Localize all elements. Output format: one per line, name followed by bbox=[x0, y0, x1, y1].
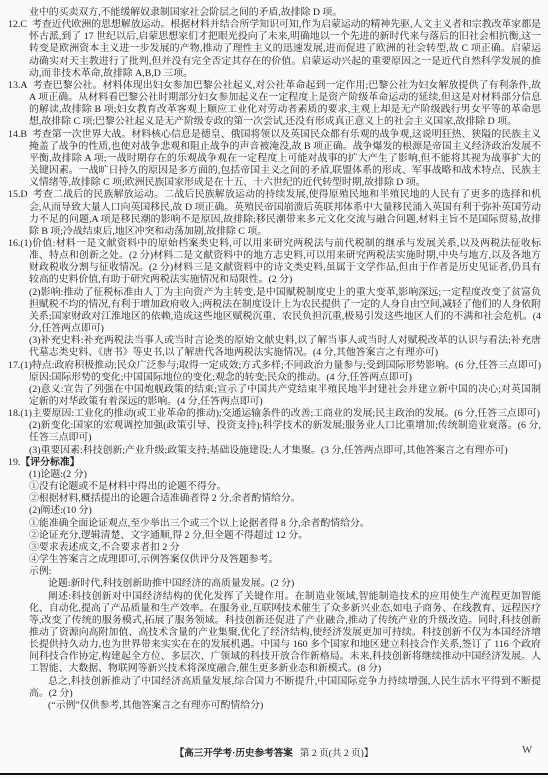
answer-19-criterion-2d: ④学生答案言之成理即可,示例答案仅供评分及答题参考。 bbox=[29, 554, 541, 566]
page-bottom-rule bbox=[0, 773, 548, 775]
answer-18-part3: (3)重要因素:科技创新;产业升级;政策支持;基础设施建设;人才集聚。(3 分,… bbox=[29, 445, 541, 457]
answer-12-text: 考查近代欧洲的思想解放运动。根据材料并结合所学知识可知,作为启蒙运动的精神先驱,… bbox=[29, 19, 541, 79]
answer-19-example-body: 阐述:科技创新对中国经济结构的优化发挥了关键作用。在制造业领域,智能制造技术的应… bbox=[29, 591, 541, 676]
answer-19-criterion-1a: ①没有论题或不是材料中得出的论题不得分。 bbox=[29, 481, 541, 493]
answer-19-example-topic: 论题:新时代,科技创新助推中国经济的高质量发展。(2 分) bbox=[29, 578, 541, 590]
answer-15: 15.D考查二战后的民族解放运动。二战后民族解放运动的持续发展,使得原殖民地和半… bbox=[8, 189, 541, 238]
answer-14: 14.B考查第一次世界大战。材料核心信息是德皇、俄国将领以及英国民众都有乐观的战… bbox=[8, 129, 541, 190]
answer-19-example-label: 示例: bbox=[29, 566, 541, 578]
answer-18-part2: (2)新变化:国家的宏观调控加强(政策引导、投资支持);科学技术的新发展;服务业… bbox=[29, 420, 541, 444]
answer-13-label: 13.A bbox=[8, 80, 27, 91]
answer-14-label: 14.B bbox=[8, 129, 27, 140]
footer-watermark: W bbox=[522, 745, 532, 756]
answer-17-part1-text: (1)特点:政府积极推动;民众广泛参与;取得一定成效;方式多样;不同政治力量参与… bbox=[20, 360, 541, 383]
footer-title: 【高三开学考·历史参考答案 bbox=[175, 748, 293, 759]
answer-12: 12.C考查近代欧洲的思想解放运动。根据材料并结合所学知识可知,作为启蒙运动的精… bbox=[8, 19, 541, 80]
answer-text-column: 业中的买卖双方,不能缓解奴隶制国家社会阶层之间的矛盾,故排除 D 项。 12.C… bbox=[8, 7, 541, 712]
answer-17-part1: 17.(1)特点:政府积极推动;民众广泛参与;取得一定成效;方式多样;不同政治力… bbox=[8, 360, 541, 384]
answer-19-heading-text: 【评分标准】 bbox=[20, 457, 79, 468]
answer-13-text: 考查巴黎公社。材料体现出妇女参加巴黎公社起义,对公社革命起到一定作用;巴黎公社为… bbox=[29, 80, 541, 127]
answer-19-criterion-1b: ②根据材料,概括提出的论题合适准确者得 2 分,余者酌情给分。 bbox=[29, 493, 541, 505]
answer-16-part1-text: (1)价值:材料一是文献资料中的原始档案类史料,可以用来研究两税法与前代税制的继… bbox=[20, 238, 541, 285]
answer-19-label: 19. bbox=[8, 457, 20, 468]
answer-19-criterion-2a: ①能准确全面论证观点,至少举出三个或三个以上论据者得 8 分,余者酌情给分。 bbox=[29, 518, 541, 530]
answer-16-part2: (2)影响:推动了征税标准由人丁为主向资产为主转变,是中国赋税制度史上的重大变革… bbox=[29, 287, 541, 336]
footer-page-number: 第 2 页(共 2 页)】 bbox=[300, 748, 374, 759]
answer-15-text: 考查二战后的民族解放运动。二战后民族解放运动的持续发展,使得原殖民地和半殖民地的… bbox=[29, 189, 541, 236]
answer-18-label: 18. bbox=[8, 408, 20, 419]
answer-19-heading: 19.【评分标准】 bbox=[8, 457, 541, 469]
scanned-answer-page: 业中的买卖双方,不能缓解奴隶制国家社会阶层之间的矛盾,故排除 D 项。 12.C… bbox=[0, 0, 548, 778]
answer-19-criterion-2b: ②论证充分,逻辑清楚、文字通顺,得 2 分,但全题不得超过 12 分。 bbox=[29, 530, 541, 542]
page-footer: 【高三开学考·历史参考答案第 2 页(共 2 页)】 bbox=[0, 745, 548, 759]
answer-19-criterion-2: (2)阐述:(10 分) bbox=[29, 505, 541, 517]
answer-17-part2: (2)意义:宣告了列强在中国炮舰政策的结束;宣示了中国共产党结束半殖民地半封建社… bbox=[29, 384, 541, 408]
answer-19-criterion-2c: ③要求表述成文,不合要求者扣 2 分 bbox=[29, 542, 541, 554]
answer-16-part3: (3)补充史料:补充两税法当事人或当时言论类的原始文献史料,以了解当事人或当时人… bbox=[29, 335, 541, 359]
answer-18-part1-text: (1)主要原因:工业化的推动(或工业革命的推动);交通运输条件的改善;工商业的发… bbox=[20, 408, 540, 419]
answer-12-label: 12.C bbox=[8, 19, 27, 30]
answer-16-part1: 16.(1)价值:材料一是文献资料中的原始档案类史料,可以用来研究两税法与前代税… bbox=[8, 238, 541, 287]
answer-16-label: 16. bbox=[8, 238, 20, 249]
answer-17-label: 17. bbox=[8, 360, 20, 371]
answer-18-part1: 18.(1)主要原因:工业化的推动(或工业革命的推动);交通运输条件的改善;工商… bbox=[8, 408, 541, 420]
answer-14-text: 考查第一次世界大战。材料核心信息是德皇、俄国将领以及英国民众都有乐观的战争观,这… bbox=[29, 129, 541, 189]
answer-15-label: 15.D bbox=[8, 189, 27, 200]
answer-11-continuation: 业中的买卖双方,不能缓解奴隶制国家社会阶层之间的矛盾,故排除 D 项。 bbox=[29, 7, 541, 19]
answer-19-criterion-1: (1)论题:(2 分) bbox=[29, 469, 541, 481]
answer-19-example-note: (“示例”仅供参考,其他答案言之有理亦可酌情给分) bbox=[29, 700, 541, 712]
answer-13: 13.A考查巴黎公社。材料体现出妇女参加巴黎公社起义,对公社革命起到一定作用;巴… bbox=[8, 80, 541, 129]
answer-19-example-conclusion: 总之,科技创新推动了中国经济高质量发展,综合国力不断提升,中国国际竞争力持续增强… bbox=[29, 676, 541, 700]
